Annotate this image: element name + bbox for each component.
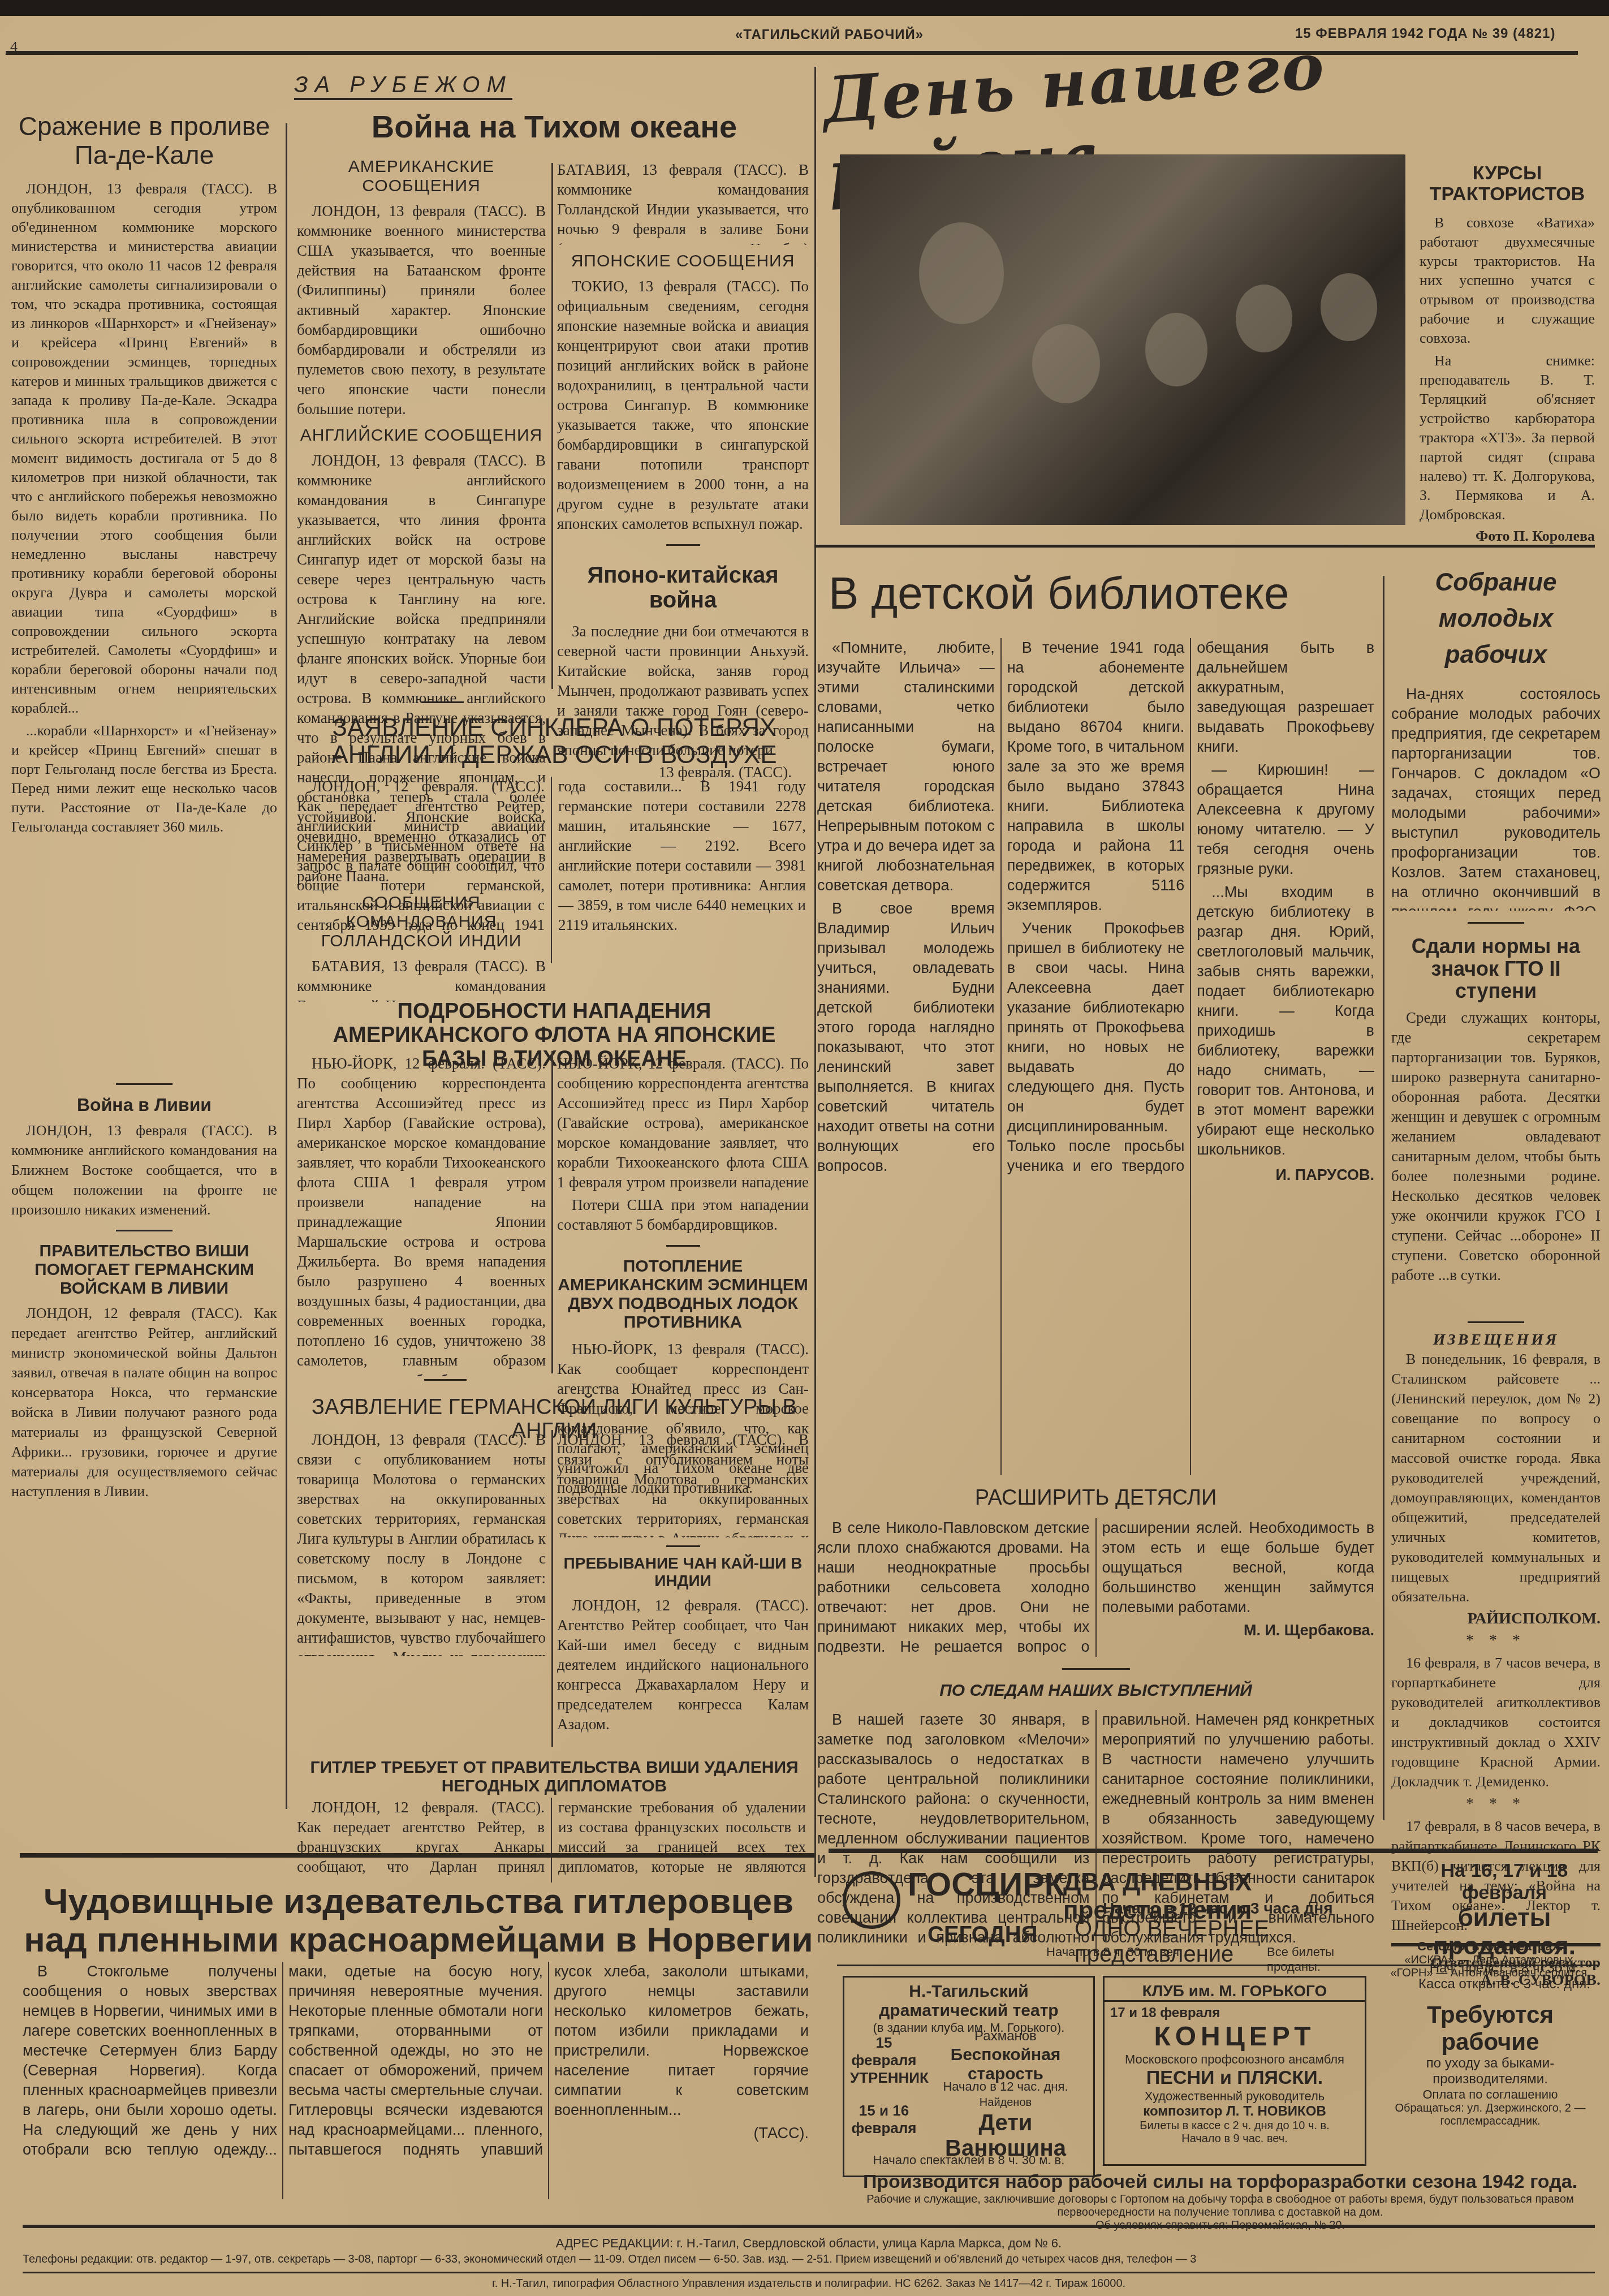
ad-line: Обращаться: ул. Дзержинского, 2 — госпле… <box>1380 2102 1601 2128</box>
ad-line: композитор Л. Т. НОВИКОВ <box>1105 2104 1365 2120</box>
paragraph: БАТАВИЯ, 13 февраля (ТАСС). В коммюнике … <box>297 957 546 1002</box>
article-us-fleet: НЬЮ-ЙОРК, 12 февраля. (ТАСС). По сообщен… <box>297 1054 546 1376</box>
show-date: 15 и 16 февраля <box>850 2102 918 2137</box>
subheading: ЯПОНСКИЕ СООБЩЕНИЯ <box>557 252 809 271</box>
ad-line: На 16, 17 и 18 февраля <box>1408 1860 1601 1904</box>
article-title: КУРСЫ ТРАКТОРИСТОВ <box>1420 163 1595 205</box>
ad-workers-wanted: Требуются рабочие по уходу за быками-про… <box>1380 2001 1601 2128</box>
article-pacific-right: БАТАВИЯ, 13 февраля (ТАСС). В коммюнике … <box>557 160 809 781</box>
stars-divider: * * * <box>1391 1795 1601 1813</box>
ad-circus: ГОСЦИРК СЕГОДНЯ ДВА ДНЕВНЫХ представлени… <box>837 1866 1391 1962</box>
footer-address: АДРЕС РЕДАКЦИИ: г. Н.-Тагил, Свердловско… <box>23 2236 1595 2251</box>
paragraph: ...Мы входим в детскую библиотеку в разг… <box>1197 882 1374 1160</box>
ad-line: Московского профсоюзного ансамбля <box>1105 2052 1365 2067</box>
photo-tractor-courses <box>840 154 1405 525</box>
paragraph: ЛОНДОН, 12 февраля (ТАСС). Как передает … <box>11 1303 277 1501</box>
article-title: Сдали нормы на значок ГТО II ступени <box>1391 935 1601 1002</box>
paragraph: ЛОНДОН, 13 февраля (ТАСС). В связи с опу… <box>557 1430 809 1537</box>
ad-cinema: Сегодня в кинотеатрах: «ИСКРА» — Дело Ар… <box>1380 1939 1601 1980</box>
theatre-name: Н.-Тагильский драматический театр <box>844 1982 1093 2021</box>
article-title: Война в Ливии <box>11 1095 277 1115</box>
article-sinclair: ЛОНДОН, 12 февраля. (ТАСС). Как передает… <box>297 777 806 963</box>
article-title: ПОТОПЛЕНИЕ АМЕРИКАНСКИМ ЭСМИНЦЕМ ДВУХ ПО… <box>557 1257 809 1332</box>
article-culture-league: ЛОНДОН, 13 февраля (ТАСС). В связи с опу… <box>297 1430 546 1656</box>
stars-divider: * * * <box>1391 1631 1601 1649</box>
signature: М. И. Щербакова. <box>1102 1621 1375 1640</box>
ad-title: Производится набор рабочей силы на торфо… <box>843 2171 1598 2193</box>
circus-logo-icon <box>843 1871 900 1929</box>
concert-dates: 17 и 18 февраля <box>1105 2005 1365 2021</box>
article-title: Война на Тихом океане <box>294 109 814 144</box>
ad-line: Начало в 12 час. и 3 часа дня <box>1103 1899 1333 1918</box>
paragraph: НЬЮ-ЙОРК, 12 февраля. (ТАСС). По сообщен… <box>557 1054 809 1195</box>
paragraph: ТОКИО, 13 февраля (ТАСС). По официальным… <box>557 277 809 534</box>
paragraph: В свое время Владимир Ильич призывал мол… <box>817 899 995 1176</box>
article-young-workers: Собрание молодых рабочих На-днях состоял… <box>1391 565 1601 1989</box>
section-label: ЗА РУБЕЖОМ <box>294 72 512 100</box>
ad-line: ПЕСНИ и ПЛЯСКИ. <box>1105 2067 1365 2089</box>
divider <box>421 701 464 703</box>
paragraph: Потери США при этом нападении составляют… <box>557 1195 809 1235</box>
concert-venue: КЛУБ им. М. ГОРЬКОГО <box>1105 1982 1365 2002</box>
show-date: 15 февраля УТРЕННИК <box>850 2034 918 2087</box>
footer-rule <box>23 2225 1595 2228</box>
divider <box>666 1545 700 1547</box>
paragraph: ЛОНДОН, 12 февраля. (ТАСС). Как передает… <box>297 1798 806 1883</box>
section-rule <box>20 1853 814 1858</box>
paragraph: НЬЮ-ЙОРК, 12 февраля. (ТАСС). По сообщен… <box>297 1054 546 1376</box>
article-title: ГИТЛЕР ТРЕБУЕТ ОТ ПРАВИТЕЛЬСТВА ВИШИ УДА… <box>300 1758 809 1795</box>
article-title: В детской библиотеке <box>829 567 1289 619</box>
divider <box>666 544 700 546</box>
subheading: АНГЛИЙСКИЕ СООБЩЕНИЯ <box>297 426 546 445</box>
article-title: ПРЕБЫВАНИЕ ЧАН КАЙ-ШИ В ИНДИИ <box>557 1555 809 1590</box>
footer-phones: Телефоны редакции: отв. редактор — 1-97,… <box>23 2253 1595 2266</box>
paragraph: В понедельник, 16 февраля, в Сталинском … <box>1391 1349 1601 1606</box>
concert-title: КОНЦЕРТ <box>1105 2021 1365 2052</box>
column-rule <box>286 123 287 1809</box>
column-rule <box>551 1430 553 1747</box>
ad-line: Начало в 8 ч. 30 м. веч. <box>1046 1945 1183 1959</box>
show-title: Беспокойная старость <box>924 2045 1088 2084</box>
paragraph: ...корабли «Шарнхорст» и «Гнейзенау» и к… <box>11 721 277 837</box>
article-title: РАСШИРИТЬ ДЕТЯСЛИ <box>817 1487 1374 1510</box>
ad-title: Требуются рабочие <box>1380 2001 1601 2056</box>
show-author: Рахманов <box>924 2028 1088 2044</box>
article-library: «Помните, любите, изучайте Ильича» — эти… <box>817 638 1374 1475</box>
paragraph: В совхозе «Ватиха» работают двухмесячные… <box>1420 213 1595 348</box>
article-tractor-courses: КУРСЫ ТРАКТОРИСТОВ В совхозе «Ватиха» ра… <box>1420 163 1595 545</box>
ad-line: Начало в 9 час. веч. <box>1105 2133 1365 2146</box>
divider <box>1062 1668 1130 1670</box>
divider <box>666 1245 700 1247</box>
signature: И. ПАРУСОВ. <box>1197 1165 1374 1185</box>
paragraph: ЛОНДОН, 13 февраля (ТАСС). В коммюнике в… <box>297 201 546 419</box>
paper-name: «ТАГИЛЬСКИЙ РАБОЧИЙ» <box>735 27 924 43</box>
paragraph: В течение 1941 года на абонементе городс… <box>1007 638 1185 915</box>
paragraph: 16 февраля, в 7 часов вечера, в горпартк… <box>1391 1653 1601 1791</box>
ad-line: Оплата по соглашению <box>1380 2087 1601 2102</box>
paragraph: БАТАВИЯ, 13 февраля (ТАСС). В коммюнике … <box>557 160 809 245</box>
ad-peat: Производится набор рабочей силы на торфо… <box>843 2171 1598 2232</box>
photo-credit: Фото П. Королева <box>1420 528 1595 545</box>
ad-line: Рабочие и служащие, заключившие договоры… <box>843 2193 1598 2219</box>
section-rule <box>829 1849 1598 1853</box>
divider <box>424 1379 467 1381</box>
article-title: Собрание молодых рабочих <box>1391 565 1601 673</box>
ad-line: по уходу за быками-производителями. <box>1380 2056 1601 2087</box>
notices-title: ИЗВЕЩЕНИЯ <box>1391 1331 1601 1349</box>
column-rule <box>551 1051 553 1373</box>
divider <box>116 1083 172 1085</box>
divider <box>116 1230 172 1231</box>
subheading: АМЕРИКАНСКИЕ СООБЩЕНИЯ <box>297 157 546 196</box>
paragraph: ЛОНДОН, 12 февраля. (ТАСС). Как передает… <box>297 777 806 937</box>
article-title: ЗАЯВЛЕНИЕ СИНКЛЕРА О ПОТЕРЯХ АНГЛИИ И ДЕ… <box>300 714 809 769</box>
column-rule <box>1383 576 1384 1820</box>
article-pas-de-calais: Сражение в проливе Па-де-Кале ЛОНДОН, 13… <box>11 112 277 1920</box>
ad-line: Билеты в кассе с 2 ч. дня до 10 ч. в. <box>1105 2120 1365 2133</box>
cinema-heading: Сегодня в кинотеатрах: <box>1380 1939 1601 1954</box>
circus-today: СЕГОДНЯ <box>928 1922 1037 1948</box>
article-title: ПО СЛЕДАМ НАШИХ ВЫСТУПЛЕНИЙ <box>817 1681 1374 1700</box>
article-title: ПРАВИТЕЛЬСТВО ВИШИ ПОМОГАЕТ ГЕРМАНСКИМ В… <box>11 1242 277 1298</box>
paragraph: — Кирюшин! — обращается Нина Алексеевна … <box>1197 760 1374 879</box>
article-chiang: ЛОНДОН, 13 февраля (ТАСС). В связи с опу… <box>557 1430 809 1738</box>
article-title: Японо-китайская война <box>557 563 809 613</box>
ad-theatre: Н.-Тагильский драматический театр (в зда… <box>843 1976 1095 2177</box>
article-norway: В Стокгольме получены сообщения о новых … <box>23 1962 809 2199</box>
paragraph: Среди служащих конторы, где секретарем п… <box>1391 1008 1601 1285</box>
column-rule <box>814 67 816 1877</box>
column-rule <box>551 163 553 689</box>
paragraph: ЛОНДОН, 13 февраля (ТАСС). В опубликован… <box>11 179 277 718</box>
cinema-item: «ИСКРА» — Дело Артамоновых. <box>1380 1954 1601 1967</box>
show-time: Начало в 12 час. дня. <box>924 2079 1088 2094</box>
footer-printer: г. Н.-Тагил, типография Областного Управ… <box>23 2277 1595 2290</box>
divider <box>1468 1321 1524 1323</box>
circus-name: ГОСЦИРК <box>908 1866 1064 1903</box>
cinema-item: «ГОРН» — Антон Иванович сердится. <box>1380 1967 1601 1980</box>
signature: РАЙИСПОЛКОМ. <box>1391 1610 1601 1628</box>
photo-caption: На снимке: преподаватель В. Т. Терляцкий… <box>1420 351 1595 524</box>
section-rule <box>814 545 1595 548</box>
article-title: Чудовищные издевательства гитлеровцев на… <box>23 1883 814 1959</box>
ad-concert: КЛУБ им. М. ГОРЬКОГО 17 и 18 февраля КОН… <box>1103 1976 1366 2166</box>
ad-line: Все билеты проданы. <box>1267 1945 1391 1974</box>
show-time: Начало спектаклей в 8 ч. 30 м. в. <box>844 2153 1093 2168</box>
show-author: Найденов <box>924 2096 1088 2109</box>
paragraph: «Помните, любите, изучайте Ильича» — эти… <box>817 638 995 895</box>
ad-line: Художественный руководитель <box>1105 2089 1365 2104</box>
dateline: (ТАСС). <box>554 2123 809 2143</box>
divider <box>1468 922 1524 924</box>
paragraph: ЛОНДОН, 13 февраля (ТАСС). В коммюнике а… <box>11 1121 277 1220</box>
paragraph: ЛОНДОН, 13 февраля (ТАСС). В связи с опу… <box>297 1430 546 1656</box>
paragraph: ЛОНДОН, 12 февраля. (ТАСС). Агентство Ре… <box>557 1596 809 1734</box>
footer-rule <box>23 2272 1595 2273</box>
newspaper-page: 4 «ТАГИЛЬСКИЙ РАБОЧИЙ» 15 ФЕВРАЛЯ 1942 Г… <box>0 16 1609 2296</box>
article-hitler-vichy: ЛОНДОН, 12 февраля. (ТАСС). Как передает… <box>297 1798 806 1883</box>
paragraph: На-днях состоялось собрание молодых рабо… <box>1391 684 1601 911</box>
article-title: Сражение в проливе Па-де-Кале <box>11 112 277 169</box>
